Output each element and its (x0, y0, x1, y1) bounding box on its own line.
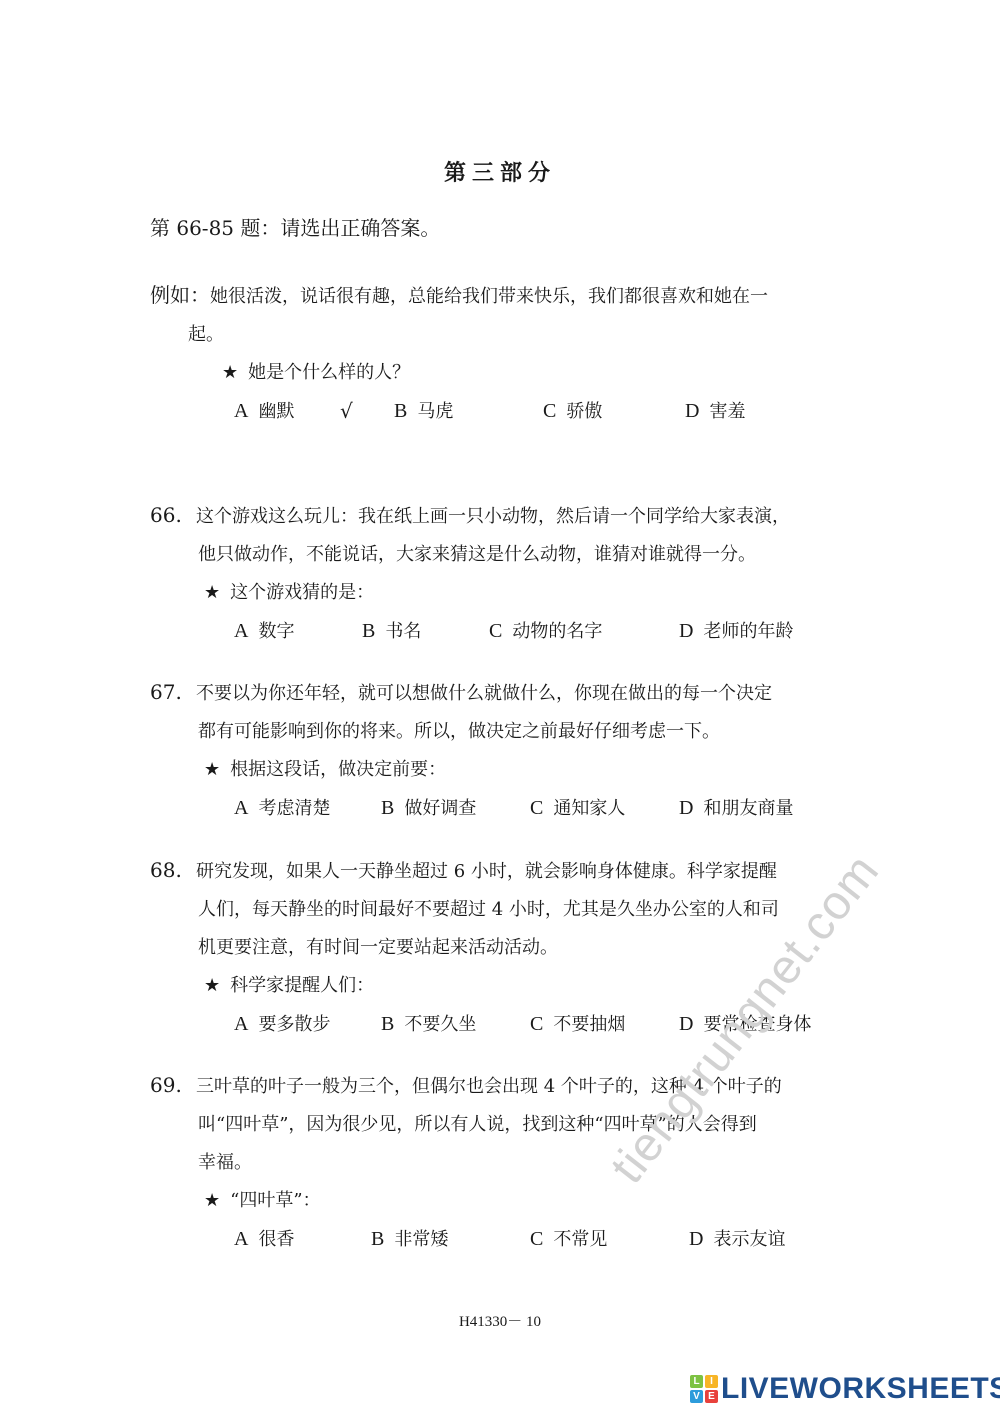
option-d[interactable]: D老师的年龄 (679, 612, 793, 651)
logo-tiles-icon: L I V E (690, 1375, 718, 1403)
liveworksheets-logo: L I V E LIVEWORKSHEETS (690, 1372, 1000, 1406)
star-icon: ★ (204, 975, 220, 996)
check-mark-icon: √ (340, 392, 353, 430)
star-icon: ★ (204, 582, 220, 603)
example-lead: 例如： (150, 283, 210, 307)
option-c[interactable]: C动物的名字 (489, 612, 602, 651)
example-options: A幽默 √ B马虎 C骄傲 D害羞 (150, 392, 860, 430)
star-icon: ★ (222, 362, 238, 383)
option-a[interactable]: A幽默 (234, 392, 294, 431)
example-line-1: 例如：她很活泼，说话很有趣，总能给我们带来快乐，我们都很喜欢和她在一 (150, 276, 860, 316)
page-code: H41330－ 10 (0, 1310, 1000, 1331)
question-number: 66. (150, 496, 196, 534)
option-b[interactable]: B做好调查 (381, 789, 476, 828)
option-b[interactable]: B马虎 (394, 392, 453, 431)
question-prompt: ★这个游戏猜的是： (150, 574, 860, 612)
option-d[interactable]: D害羞 (685, 392, 745, 431)
options-67: A考虑清楚 B做好调查 C通知家人 D和朋友商量 (150, 789, 860, 827)
star-icon: ★ (204, 1190, 220, 1211)
star-icon: ★ (204, 759, 220, 780)
question-number: 69. (150, 1066, 196, 1104)
option-a[interactable]: A数字 (234, 612, 294, 651)
options-66: A数字 B书名 C动物的名字 D老师的年龄 (150, 612, 860, 650)
question-prompt: ★根据这段话，做决定前要： (150, 751, 860, 789)
option-b[interactable]: B书名 (362, 612, 421, 651)
logo-text: LIVEWORKSHEETS (721, 1372, 1000, 1406)
option-d[interactable]: D和朋友商量 (679, 789, 793, 828)
options-69: A很香 B非常矮 C不常见 D表示友谊 (150, 1220, 860, 1258)
question-67: 67.不要以为你还年轻，就可以想做什么就做什么，你现在做出的每一个决定 都有可能… (150, 673, 860, 827)
example-question: ★她是个什么样的人？ (150, 354, 860, 392)
question-prompt: ★“四叶草”： (150, 1182, 860, 1220)
question-69: 69.三叶草的叶子一般为三个，但偶尔也会出现 4 个叶子的，这种 4 个叶子的 … (150, 1066, 860, 1258)
option-d[interactable]: D表示友谊 (689, 1220, 785, 1259)
example-line-2: 起。 (150, 316, 860, 354)
option-a[interactable]: A考虑清楚 (234, 789, 330, 828)
option-c[interactable]: C通知家人 (530, 789, 625, 828)
option-a[interactable]: A要多散步 (234, 1005, 330, 1044)
example-block: 例如：她很活泼，说话很有趣，总能给我们带来快乐，我们都很喜欢和她在一 起。 ★她… (150, 276, 860, 430)
question-66: 66.这个游戏这么玩儿：我在纸上画一只小动物，然后请一个同学给大家表演， 他只做… (150, 496, 860, 650)
option-b[interactable]: B非常矮 (371, 1220, 448, 1259)
option-c[interactable]: C骄傲 (543, 392, 602, 431)
section-title: 第三部分 (0, 156, 1000, 187)
question-number: 68. (150, 851, 196, 889)
option-a[interactable]: A很香 (234, 1220, 294, 1259)
instruction: 第 66-85 题：请选出正确答案。 (150, 212, 440, 241)
option-c[interactable]: C不要抽烟 (530, 1005, 625, 1044)
question-number: 67. (150, 673, 196, 711)
option-c[interactable]: C不常见 (530, 1220, 607, 1259)
option-b[interactable]: B不要久坐 (381, 1005, 476, 1044)
